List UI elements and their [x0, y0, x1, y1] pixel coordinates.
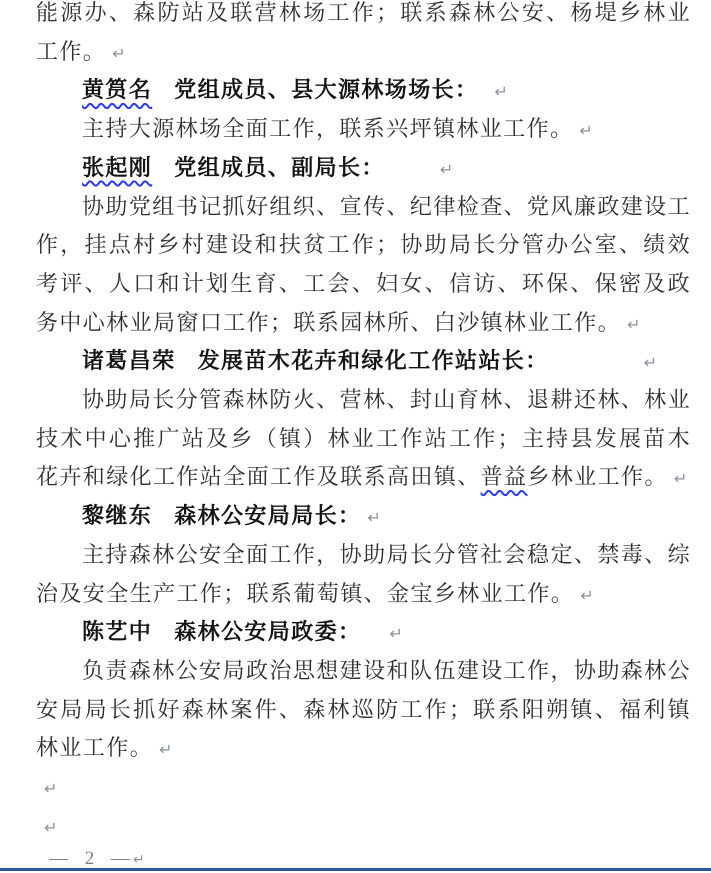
paragraph-mark-icon: ↵: [494, 82, 507, 101]
page-bottom-border: [0, 868, 711, 871]
paragraph-mark-icon: ↵: [112, 44, 125, 63]
paragraph-mark-icon: ↵: [579, 121, 592, 140]
empty-paragraph: ↵: [36, 768, 691, 809]
section-heading: 诸葛昌荣发展苗木花卉和绿化工作站站长：↵: [36, 342, 691, 383]
paragraph-mark-icon: ↵: [133, 852, 145, 868]
document-body: 能源办、森防站及联营林场工作；联系森林公安、杨堤乡林业工作。↵ 黄筼名党组成员、…: [36, 0, 691, 873]
paragraph: 协助局长分管森林防火、营林、封山育林、退耕还林、林业技术中心推广站及乡（镇）林业…: [36, 381, 691, 499]
paragraph-mark-icon: ↵: [674, 469, 687, 488]
page-footer: — 2 —↵: [49, 849, 145, 868]
person-name: 陈艺中: [82, 619, 152, 644]
person-title: 森林公安局局长：: [174, 503, 361, 528]
paragraph-mark-icon: ↵: [367, 508, 380, 527]
paragraph-mark-icon: ↵: [44, 818, 57, 837]
spellchecked-word: 普益: [481, 464, 528, 489]
paragraph: 能源办、森防站及联营林场工作；联系森林公安、杨堤乡林业工作。↵: [36, 0, 691, 73]
empty-paragraph: ↵: [36, 807, 691, 848]
section-heading: 张起刚党组成员、副局长：↵: [36, 149, 691, 190]
paragraph-mark-icon: ↵: [644, 353, 657, 372]
paragraph-mark-icon: ↵: [159, 740, 172, 759]
paragraph-mark-icon: ↵: [44, 779, 57, 798]
person-title: 党组成员、县大源林场场长：: [174, 77, 478, 102]
paragraph-text: 负责森林公安局政治思想建设和队伍建设工作，协助森林公安局局长抓好森林案件、森林巡…: [36, 658, 691, 760]
paragraph-text: 能源办、森防站及联营林场工作；联系森林公安、杨堤乡林业工作。: [36, 0, 691, 64]
paragraph-mark-icon: ↵: [440, 160, 453, 179]
section-heading: 黄筼名党组成员、县大源林场场长：↵: [36, 71, 691, 112]
paragraph-text: 协助党组书记抓好组织、宣传、纪律检查、党风廉政建设工作，挂点村乡村建设和扶贫工作…: [36, 194, 691, 335]
person-title: 森林公安局政委：: [174, 619, 361, 644]
page-number: — 2 —: [49, 848, 131, 869]
paragraph-text: 主持大源林场全面工作，联系兴坪镇林业工作。: [82, 116, 573, 141]
paragraph-text: 乡林业工作。: [527, 464, 667, 489]
section-heading: 陈艺中森林公安局政委：↵: [36, 613, 691, 654]
section-heading: 黎继东森林公安局局长：↵: [36, 497, 691, 538]
person-name: 黄筼名: [82, 77, 152, 102]
person-name: 黎继东: [82, 503, 152, 528]
paragraph-mark-icon: ↵: [627, 315, 640, 334]
paragraph: 负责森林公安局政治思想建设和队伍建设工作，协助森林公安局局长抓好森林案件、森林巡…: [36, 652, 691, 770]
paragraph-mark-icon: ↵: [580, 586, 593, 605]
person-name: 诸葛昌荣: [82, 348, 176, 373]
paragraph: 主持大源林场全面工作，联系兴坪镇林业工作。↵: [36, 110, 691, 151]
person-name: 张起刚: [82, 155, 152, 180]
person-title: 发展苗木花卉和绿化工作站站长：: [198, 348, 549, 373]
paragraph: 主持森林公安全面工作，协助局长分管社会稳定、禁毒、综治及安全生产工作；联系葡萄镇…: [36, 536, 691, 615]
document-page: 能源办、森防站及联营林场工作；联系森林公安、杨堤乡林业工作。↵ 黄筼名党组成员、…: [0, 0, 711, 873]
paragraph-mark-icon: ↵: [389, 624, 402, 643]
paragraph: 协助党组书记抓好组织、宣传、纪律检查、党风廉政建设工作，挂点村乡村建设和扶贫工作…: [36, 188, 691, 345]
person-title: 党组成员、副局长：: [174, 155, 385, 180]
